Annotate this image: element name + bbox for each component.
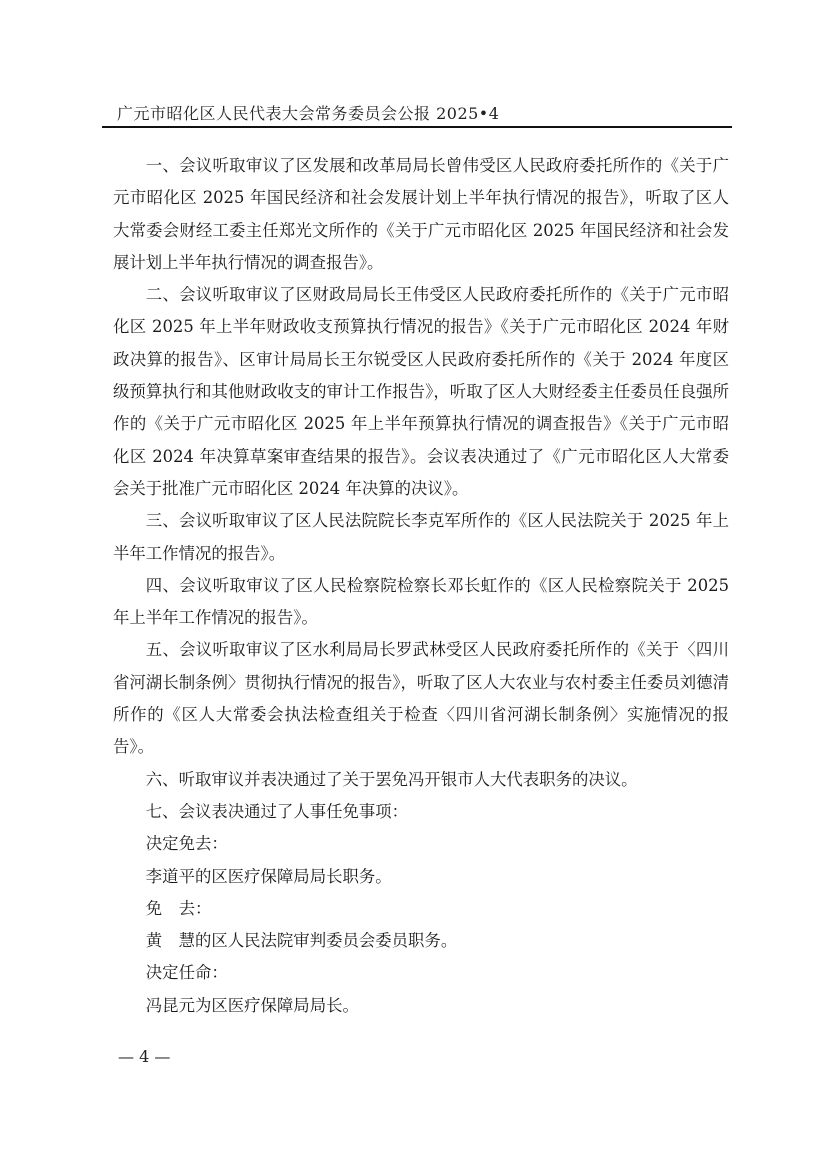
paragraph-item-1: 一、会议听取审议了区发展和改革局局长曾伟受区人民政府委托所作的《关于广元市昭化区… (113, 150, 729, 279)
page-number: — 4 — (118, 1047, 170, 1066)
appointment-line: 李道平的区医疗保障局局长职务。 (113, 861, 729, 893)
paragraph-item-4: 四、会议听取审议了区人民检察院检察长邓长虹作的《区人民检察院关于 2025 年上… (113, 570, 729, 635)
paragraph-item-6: 六、听取审议并表决通过了关于罢免冯开银市人大代表职务的决议。 (113, 764, 729, 796)
paragraph-item-5: 五、会议听取审议了区水利局局长罗武林受区人民政府委托所作的《关于〈四川省河湖长制… (113, 634, 729, 763)
document-body: 一、会议听取审议了区发展和改革局局长曾伟受区人民政府委托所作的《关于广元市昭化区… (113, 150, 729, 1022)
paragraph-item-3: 三、会议听取审议了区人民法院院长李克军所作的《区人民法院关于 2025 年上半年… (113, 505, 729, 570)
paragraph-item-2: 二、会议听取审议了区财政局局长王伟受区人民政府委托所作的《关于广元市昭化区 20… (113, 279, 729, 505)
appointment-heading-appoint: 决定任命： (113, 957, 729, 989)
page-header: 广元市昭化区人民代表大会常务委员会公报 2025•4 (102, 104, 732, 124)
appointment-heading-dismiss: 决定免去： (113, 828, 729, 860)
header-rule (102, 126, 732, 128)
appointment-line: 冯昆元为区医疗保障局局长。 (113, 990, 729, 1022)
bulletin-title: 广元市昭化区人民代表大会常务委员会公报 2025•4 (117, 104, 732, 124)
appointment-line: 黄 慧的区人民法院审判委员会委员职务。 (113, 925, 729, 957)
paragraph-item-7: 七、会议表决通过了人事任免事项： (113, 796, 729, 828)
appointment-heading-remove: 免 去： (113, 893, 729, 925)
